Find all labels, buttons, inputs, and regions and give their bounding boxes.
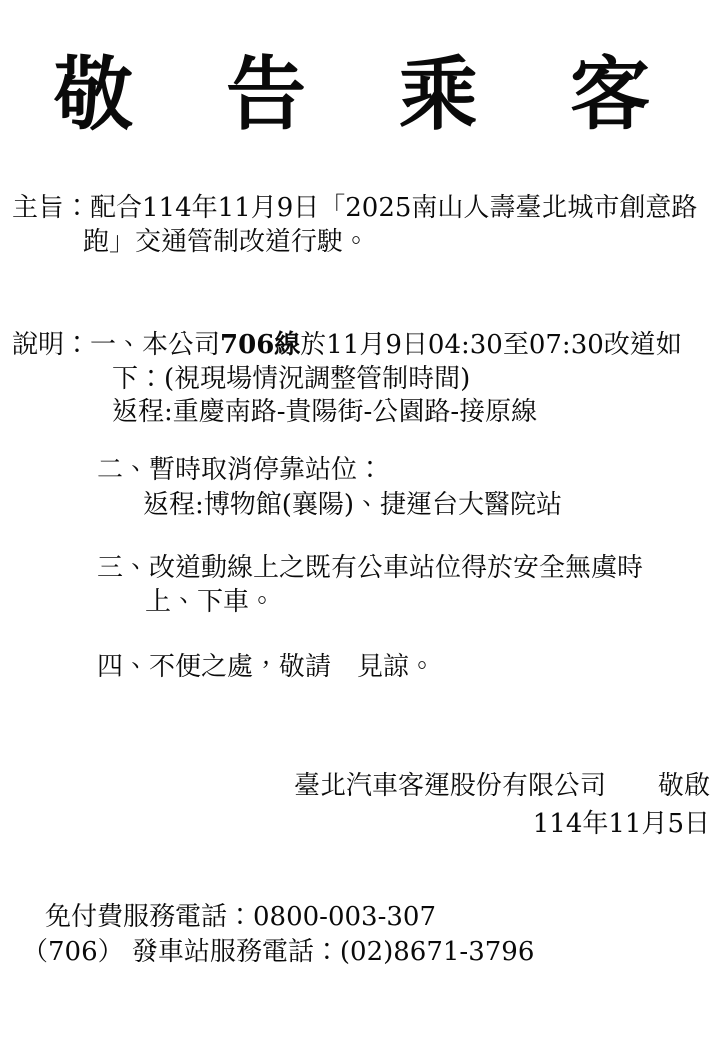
- subject-line-2: 跑」交通管制改道行駛。: [83, 225, 369, 259]
- signature-date: 114年11月5日: [533, 806, 710, 842]
- explanation-item3-line2: 上、下車。: [145, 585, 275, 619]
- explanation-item1-line1: 說明：一、本公司706線於11月9日04:30至07:30改道如: [12, 328, 682, 362]
- explanation-item1-line1-prefix: 說明：一、本公司: [12, 330, 220, 360]
- explanation-item1-line2: 下：(視現場情況調整管制時間): [112, 362, 470, 396]
- explanation-item3-line1: 三、改道動線上之既有公車站位得於安全無虞時: [97, 551, 643, 585]
- explanation-item2-line2: 返程:博物館(襄陽)、捷運台大醫院站: [143, 488, 562, 522]
- route-number-706: 706線: [220, 330, 300, 360]
- depot-phone-line: （706） 發車站服務電話：(02)8671-3796: [22, 935, 534, 970]
- explanation-item4-line1: 四、不便之處，敬請 見諒。: [97, 650, 435, 684]
- signature-company: 臺北汽車客運股份有限公司 敬啟: [294, 768, 710, 804]
- explanation-item1-line3: 返程:重慶南路-貴陽街-公園路-接原線: [112, 395, 537, 429]
- tollfree-phone-line: 免付費服務電話：0800-003-307: [45, 900, 436, 935]
- subject-line-1: 主旨：配合114年11月9日「2025南山人壽臺北城市創意路: [12, 191, 697, 225]
- notice-title: 敬告乘客: [0, 50, 682, 138]
- explanation-item1-line1-suffix: 於11月9日04:30至07:30改道如: [300, 330, 681, 360]
- notice-document: 敬告乘客 主旨：配合114年11月9日「2025南山人壽臺北城市創意路 跑」交通…: [0, 0, 720, 1040]
- explanation-item2-line1: 二、暫時取消停靠站位：: [97, 453, 383, 487]
